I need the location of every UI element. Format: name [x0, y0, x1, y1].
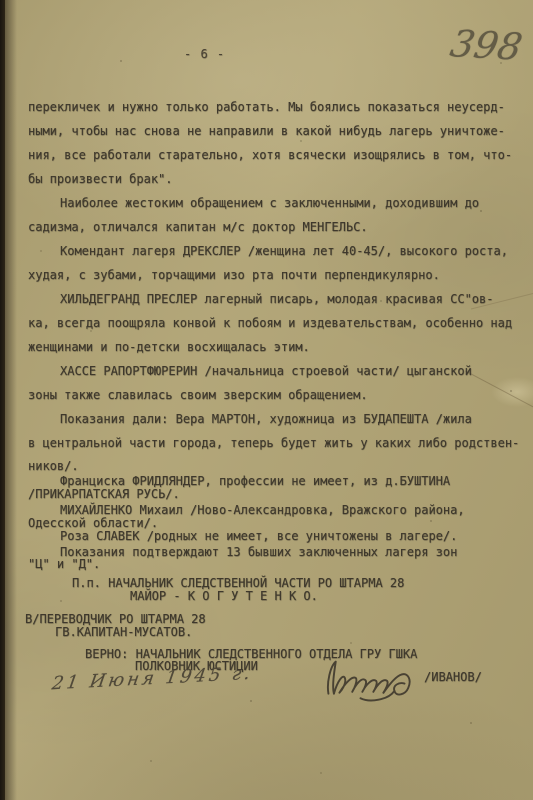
document-line: Показания дали: Вера МАРТОН, художница и… [60, 412, 472, 426]
signature-typed-name: /ИВАНОВ/ [424, 670, 482, 684]
document-page: - 6 - 398 перекличек и нужно только рабо… [0, 0, 533, 800]
document-line: ХИЛЬДЕГРАНД ПРЕСЛЕР лагерный писарь, мол… [60, 292, 493, 306]
document-line: ников/. [28, 459, 79, 473]
document-line: Наиболее жестоким обращением с заключенн… [60, 196, 479, 210]
handwritten-date: 21 Июня 1945 г. [50, 663, 254, 695]
document-line: ными, чтобы нас снова не направили в как… [28, 124, 505, 138]
document-line: Роза СЛАВЕК /родных не имеет, все уничто… [60, 529, 457, 543]
document-line: ХАССЕ РАПОРТФЮРЕРИН /начальница строевой… [60, 364, 472, 378]
handwritten-archival-number: 398 [447, 22, 526, 68]
document-line: МИХАЙЛЕНКО Михаил /Ново-Александровка, В… [60, 503, 465, 517]
paper-specks [0, 0, 2, 2]
document-line: худая, с зубами, торчащими изо рта почти… [28, 268, 440, 282]
document-line: женщинами и по-детски восхищалась этим. [28, 340, 310, 354]
document-line: ка, всегда поощряла конвой к побоям и из… [28, 316, 512, 330]
document-line: садизма, отличался капитан м/с доктор МЕ… [28, 220, 368, 234]
document-line: "Ц" и "Д". [28, 557, 100, 571]
document-line: ния, все работали старательно, хотя всяч… [28, 148, 512, 162]
document-line: зоны также славилась своим зверским обра… [28, 388, 368, 402]
document-line: Франциска ФРИДЛЯНДЕР, профессии не имеет… [60, 474, 450, 488]
page-number: - 6 - [184, 47, 225, 61]
ivanov-signature [322, 655, 432, 703]
document-line: Комендант лагеря ДРЕКСЛЕР /женщина лет 4… [60, 244, 508, 258]
document-line: /ПРИКАРПАТСКАЯ РУСЬ/. [28, 487, 180, 501]
document-line: П.п. НАЧАЛЬНИК СЛЕДСТВЕННОЙ ЧАСТИ РО ШТА… [72, 576, 404, 590]
document-line: в центральной части города, теперь будет… [28, 436, 519, 450]
document-line: МАЙОР - К О Г У Т Е Н К О. [130, 589, 318, 603]
document-line: Одесской области/. [28, 516, 158, 530]
document-line: В/ПЕРЕВОДЧИК РО ШТАРМА 28 [25, 612, 206, 626]
document-line: ГВ.КАПИТАН-МУСАТОВ. [55, 625, 192, 639]
document-line: Показания подтверждают 13 бывших заключе… [60, 545, 457, 559]
paper-crease [465, 370, 533, 414]
scan-left-edge-shadow [5, 0, 17, 800]
document-line: перекличек и нужно только работать. Мы б… [28, 100, 505, 114]
document-line: бы произвести брак". [28, 172, 173, 186]
